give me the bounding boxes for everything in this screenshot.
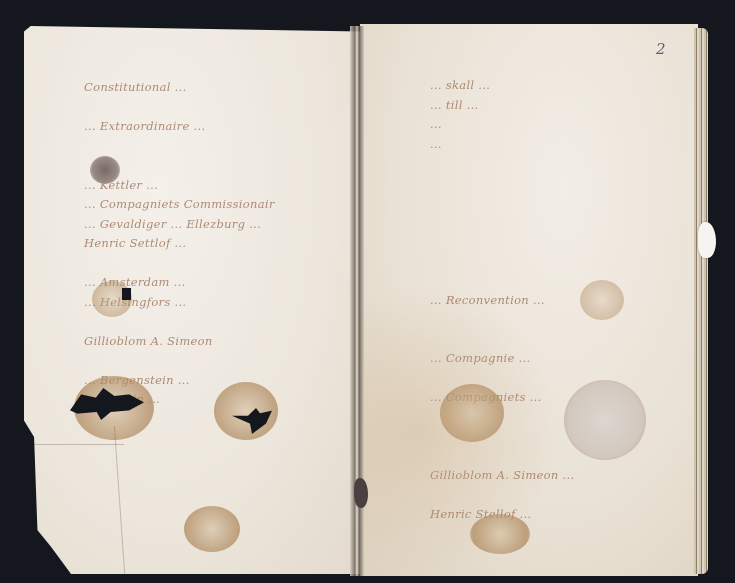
handwritten-line: ... Compagnie ... — [430, 349, 574, 369]
water-stain — [214, 382, 278, 440]
handwritten-line — [430, 213, 574, 233]
handwritten-line — [430, 310, 574, 330]
wax-seal-stain — [564, 380, 646, 460]
burn-hole — [122, 288, 131, 300]
water-stain — [440, 384, 504, 442]
handwritten-line — [430, 232, 574, 252]
water-stain — [470, 514, 530, 554]
handwritten-line: ... Extraordinaire ... — [84, 117, 275, 137]
right-page: 2 ... skall ... ... till ... ... ... ...… — [360, 24, 698, 576]
handwritten-line: ... Compagniets ... — [430, 388, 574, 408]
handwritten-line: Henric Stellof ... — [430, 505, 574, 525]
paper-crease — [114, 426, 125, 574]
handwritten-line — [84, 254, 275, 274]
handwritten-line — [430, 427, 574, 447]
handwritten-line: ... Reconvention ... — [430, 291, 574, 311]
handwritten-line — [430, 408, 574, 428]
handwritten-line: Gillioblom A. Simeon — [84, 332, 275, 352]
paper-tab — [698, 222, 716, 258]
handwritten-line — [430, 252, 574, 272]
handwritten-line: Henric Settlof ... — [84, 234, 275, 254]
water-stain — [580, 280, 624, 320]
handwritten-line — [430, 174, 574, 194]
handwritten-line: ... skall ... — [430, 76, 574, 96]
page-number: 2 — [656, 40, 666, 58]
binding-thread-knot — [354, 478, 368, 508]
handwritten-line: ... Gevaldiger ... Ellezburg ... — [84, 215, 275, 235]
page-edges — [694, 28, 708, 574]
handwritten-line: Gillioblom A. Simeon ... — [430, 466, 574, 486]
paper-crease — [24, 444, 124, 445]
handwritten-line — [84, 98, 275, 118]
left-page-text: Constitutional ... ... Extraordinaire ..… — [84, 78, 275, 410]
handwritten-line — [430, 486, 574, 506]
handwritten-line — [430, 447, 574, 467]
handwritten-line: ... till ... — [430, 96, 574, 116]
handwritten-line — [430, 154, 574, 174]
ink-blot — [90, 156, 120, 184]
handwritten-line: ... — [430, 135, 574, 155]
handwritten-line — [430, 369, 574, 389]
handwritten-line: Constitutional ... — [84, 78, 275, 98]
handwritten-line: ... Compagniets Commissionair — [84, 195, 275, 215]
handwritten-line — [430, 271, 574, 291]
handwritten-line — [430, 193, 574, 213]
handwritten-line: ... — [430, 115, 574, 135]
right-page-text: ... skall ... ... till ... ... ... ... R… — [430, 76, 574, 525]
left-page: Constitutional ... ... Extraordinaire ..… — [24, 26, 360, 574]
handwritten-line — [84, 137, 275, 157]
water-stain — [184, 506, 240, 552]
handwritten-line — [430, 330, 574, 350]
handwritten-line — [84, 351, 275, 371]
manuscript-photo: Constitutional ... ... Extraordinaire ..… — [0, 0, 735, 583]
